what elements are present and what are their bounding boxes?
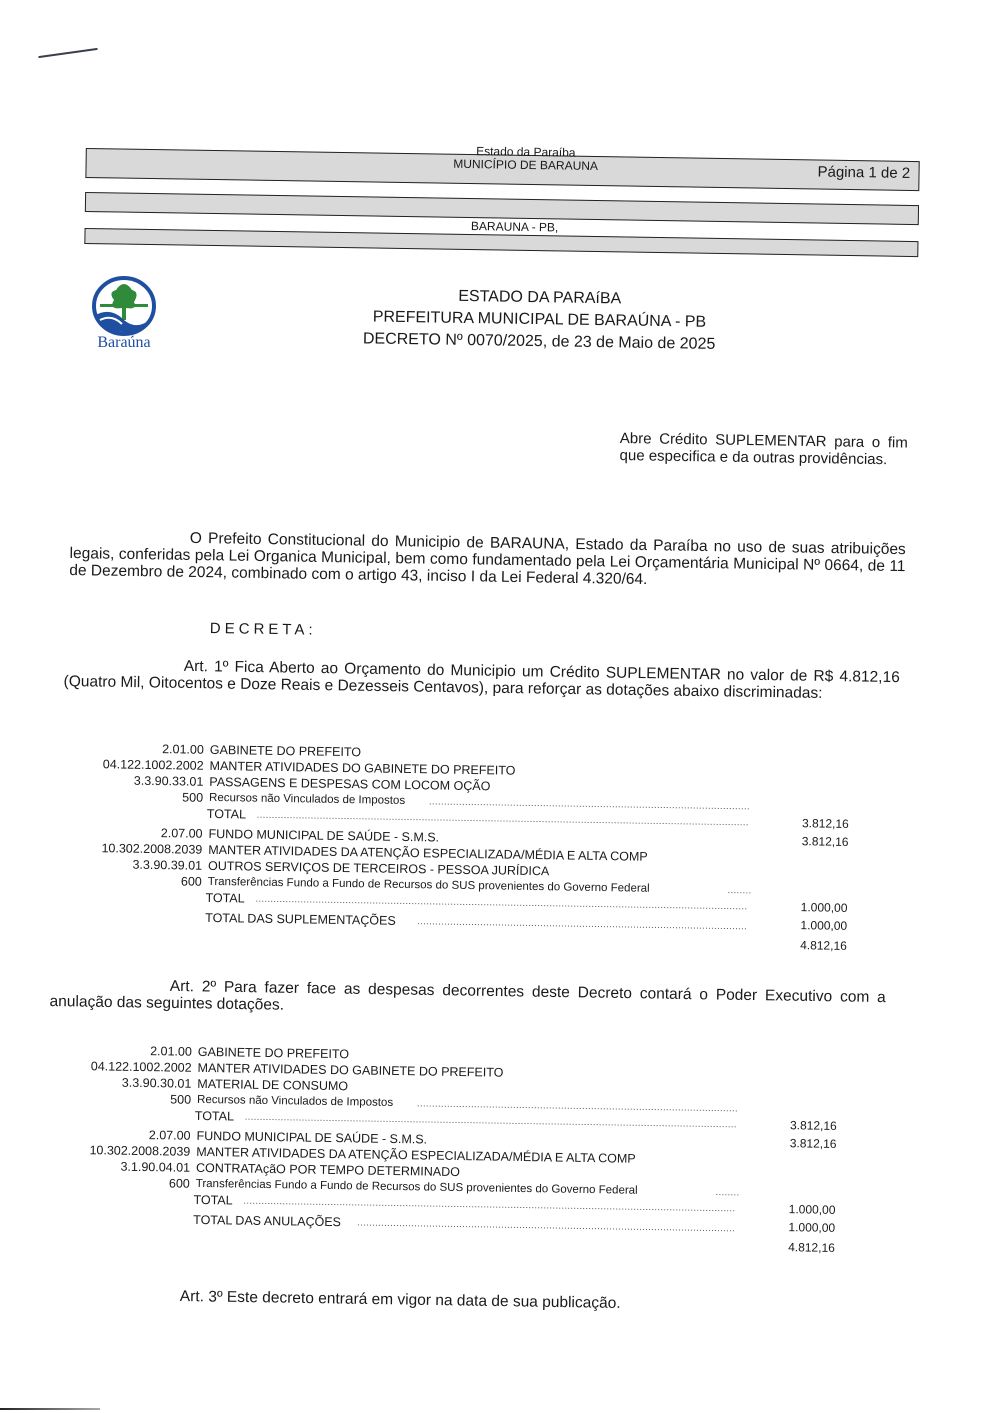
preamble-paragraph: O Prefeito Constitucional do Municipio d…: [69, 528, 906, 592]
budget-group: 2.07.00FUNDO MUNICIPAL DE SAÚDE - S.M.S.…: [75, 1126, 836, 1218]
logo-wordmark: Baraúna: [86, 334, 162, 352]
element-code: 3.3.90.33.01: [89, 772, 203, 790]
total-label: TOTAL: [193, 1192, 232, 1209]
total-label: TOTAL: [207, 806, 246, 823]
leader-dots: .........: [728, 882, 752, 898]
unit-code: 2.07.00: [76, 1126, 190, 1144]
decree-page: Estado da Paraíba MUNICÍPIO DE BARAUNA P…: [0, 0, 1000, 1413]
annulment-table: 2.01.00GABINETE DO PREFEITO 04.122.1002.…: [75, 1042, 838, 1238]
scan-edge-mark: [0, 1408, 100, 1410]
source-code: 500: [89, 788, 203, 806]
grand-total-label: TOTAL DAS ANULAÇÕES: [193, 1212, 341, 1230]
article-2-text: Art. 2º Para fazer face as despesas deco…: [49, 978, 885, 1014]
article-1: Art. 1º Fica Aberto ao Orçamento do Muni…: [63, 656, 899, 703]
grand-total-amount: 4.812,16: [745, 1239, 835, 1256]
source-code: 500: [77, 1090, 191, 1108]
scan-pen-mark: [38, 48, 98, 58]
unit-code: 2.01.00: [90, 740, 204, 758]
total-label: TOTAL: [195, 1108, 234, 1125]
header-city: BARAUNA - PB,: [445, 219, 585, 235]
document-header: Estado da Paraíba MUNICÍPIO DE BARAUNA P…: [84, 138, 922, 271]
element-code: 3.3.90.30.01: [77, 1074, 191, 1092]
grand-total-amount: 4.812,16: [757, 937, 847, 954]
decreta-heading: DECRETA:: [210, 620, 317, 639]
total-label: TOTAL: [205, 890, 244, 907]
grand-total-label: TOTAL DAS SUPLEMENTAÇÕES: [205, 910, 396, 929]
article-2: Art. 2º Para fazer face as despesas deco…: [49, 976, 885, 1023]
article-1-text: Art. 1º Fica Aberto ao Orçamento do Muni…: [63, 658, 899, 702]
tree-emblem-icon: [86, 276, 162, 336]
unit-code: 2.07.00: [88, 824, 202, 842]
unit-code: 2.01.00: [78, 1042, 192, 1060]
supplementation-table: 2.01.00GABINETE DO PREFEITO 04.122.1002.…: [87, 740, 850, 936]
decree-summary: Abre Crédito SUPLEMENTAR para o fim que …: [619, 430, 907, 469]
preamble-text: O Prefeito Constitucional do Municipio d…: [69, 530, 906, 588]
budget-group: 2.07.00FUNDO MUNICIPAL DE SAÚDE - S.M.S.…: [87, 824, 848, 916]
element-code: 3.3.90.39.01: [88, 856, 202, 874]
source-code: 600: [88, 872, 202, 890]
leader-dots: .........: [716, 1184, 740, 1200]
action-code: 10.302.2008.2039: [88, 840, 202, 858]
budget-group: 2.01.00GABINETE DO PREFEITO 04.122.1002.…: [77, 1042, 838, 1134]
element-code: 3.1.90.04.01: [76, 1158, 190, 1176]
article-3: Art. 3º Este decreto entrará em vigor na…: [180, 1288, 621, 1313]
decree-title: ESTADO DA PARAíBA PREFEITURA MUNICIPAL D…: [339, 284, 740, 356]
budget-group: 2.01.00GABINETE DO PREFEITO 04.122.1002.…: [89, 740, 850, 832]
source-code: 600: [76, 1174, 190, 1192]
action-code: 10.302.2008.2039: [76, 1142, 190, 1160]
action-code: 04.122.1002.2002: [89, 756, 203, 774]
action-code: 04.122.1002.2002: [77, 1058, 191, 1076]
page-indicator: Página 1 de 2: [817, 163, 910, 181]
municipality-logo: Baraúna: [86, 276, 162, 358]
